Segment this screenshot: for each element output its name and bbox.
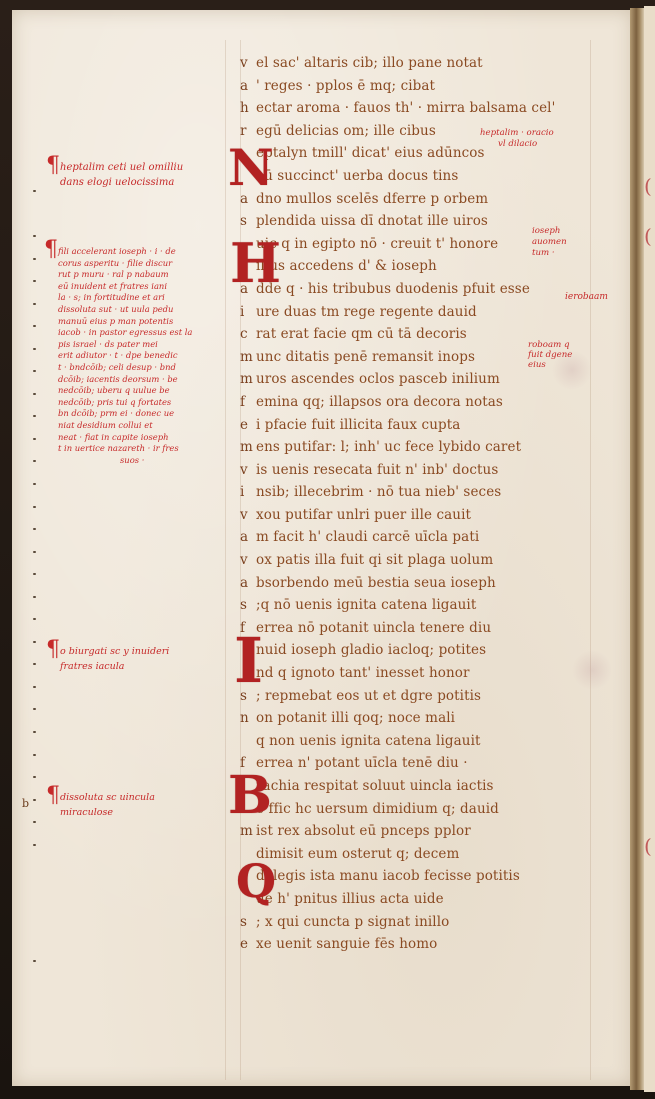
verse-line: adde q · his tribubus duodenis pfuit ess…	[240, 278, 570, 301]
verse-line: vis uenis resecata fuit n' inb' doctus	[240, 459, 570, 482]
verse-line: ue h' pnitus illius acta uide	[240, 888, 570, 911]
verse-line: insib; illecebrim · nō tua nieb' seces	[240, 481, 570, 504]
verse-line: d' legis ista manu iacob fecisse potitis	[240, 865, 570, 888]
verse-line: nuid ioseph gladio iacloq; potites	[240, 639, 570, 662]
verse-line: eū succinct' uerba docus tins	[240, 165, 570, 188]
marginal-letter-mark: b	[22, 797, 29, 810]
verse-line: absorbendo meū bestia seua ioseph	[240, 572, 570, 595]
verse-line: mist rex absolut eū pnceps pplor	[240, 820, 570, 843]
left-gloss-heptalim: ¶ heptalim ceti uel omilliu dans elogi u…	[60, 160, 183, 190]
verse-line: munc ditatis penē remansit inops	[240, 346, 570, 369]
verse-line: nd q ignoto tant' inesset honor	[240, 662, 570, 685]
verse-line: muros ascendes oclos pasceb inilium	[240, 368, 570, 391]
decorated-initial-q: Q	[236, 858, 276, 904]
right-gloss-roboam: roboam q fuit dgene eius	[528, 340, 572, 370]
paragraph-mark-icon: ¶	[44, 244, 58, 256]
page-gutter	[630, 8, 644, 1090]
right-gloss-joseph: ioseph auomen tum ·	[532, 226, 567, 259]
verse-line: adno mullos scelēs dferre p orbem	[240, 188, 570, 211]
verse-line: am facit h' claudi carcē uīcla pati	[240, 526, 570, 549]
verse-line: crat erat facie qm cū tā decoris	[240, 323, 570, 346]
paragraph-mark-icon: ¶	[46, 788, 60, 803]
verse-line: a' reges · pplos ē mq; cibat	[240, 75, 570, 98]
verse-line: femina qq; illapsos ora decora notas	[240, 391, 570, 414]
verse-line: ferrea n' potant uīcla tenē diu ·	[240, 752, 570, 775]
verse-line: rachia respitat soluut uincla iactis	[240, 775, 570, 798]
verse-line: dimisit eum osterut q; decem	[240, 843, 570, 866]
verse-line: vel sac' altaris cib; illo pane notat	[240, 52, 570, 75]
paragraph-mark-icon: ¶	[46, 642, 60, 657]
decorated-initial-b: B	[228, 770, 272, 822]
next-leaf-edge: ( ( (	[644, 6, 655, 1092]
next-page-red-letter: (	[644, 176, 655, 196]
show-through-stain	[572, 650, 612, 690]
verse-line: s; x qui cuncta p signat inillo	[240, 911, 570, 934]
verse-line: iure duas tm rege regente dauid	[240, 301, 570, 324]
verse-line: non potanit illi qoq; noce mali	[240, 707, 570, 730]
decorated-initial-n: N	[228, 143, 274, 193]
verse-line: ei pfacie fuit illicita faux cupta	[240, 414, 570, 437]
verse-line: q non uenis ignita catena ligauit	[240, 730, 570, 753]
ruling-line-right	[590, 40, 591, 1080]
decorated-initial-i: I	[234, 630, 263, 692]
verse-line: exe uenit sanguie fēs homo	[240, 933, 570, 956]
left-gloss-iurgati: ¶ o biurgati sc y inuideri fratres iacul…	[60, 644, 169, 674]
right-gloss-heptalim: heptalim · oracio vl dilacio	[480, 128, 554, 150]
verse-line: ilius accedens d' & ioseph	[240, 255, 570, 278]
left-gloss-dissoluta: ¶ dissoluta sc uincula miraculose	[60, 790, 155, 820]
verse-line: s; repmebat eos ut et dgre potitis	[240, 685, 570, 708]
verse-line: hectar aroma · fauos th' · mirra balsama…	[240, 97, 570, 120]
left-gloss-joseph: ¶ fili accelerant ioseph · i · de corus …	[58, 246, 208, 466]
verse-line: uic q in egipto nō · creuit t' honore	[240, 233, 570, 256]
verse-line: ferrea nō potanit uincla tenere diu	[240, 617, 570, 640]
paragraph-mark-icon: ¶	[46, 158, 60, 173]
verse-line: e ffic hc uersum dimidium q; dauid	[240, 798, 570, 821]
ruling-line-left	[225, 40, 226, 1080]
decorated-initial-h: H	[230, 236, 281, 290]
verse-line: splendida uissa dī dnotat ille uiros	[240, 210, 570, 233]
verse-line: vox patis illa fuit qi sit plaga uolum	[240, 549, 570, 572]
next-page-red-letter: (	[644, 836, 655, 856]
verse-line: vxou putifar unlri puer ille cauit	[240, 504, 570, 527]
next-page-red-letter: (	[644, 226, 655, 246]
verse-line: s;q nō uenis ignita catena ligauit	[240, 594, 570, 617]
verse-line: mens putifar: l; inh' uc fece lybido car…	[240, 436, 570, 459]
main-text-column: vel sac' altaris cib; illo pane notat a'…	[240, 52, 570, 956]
right-gloss-ierobaam: ierobaam	[565, 291, 608, 303]
